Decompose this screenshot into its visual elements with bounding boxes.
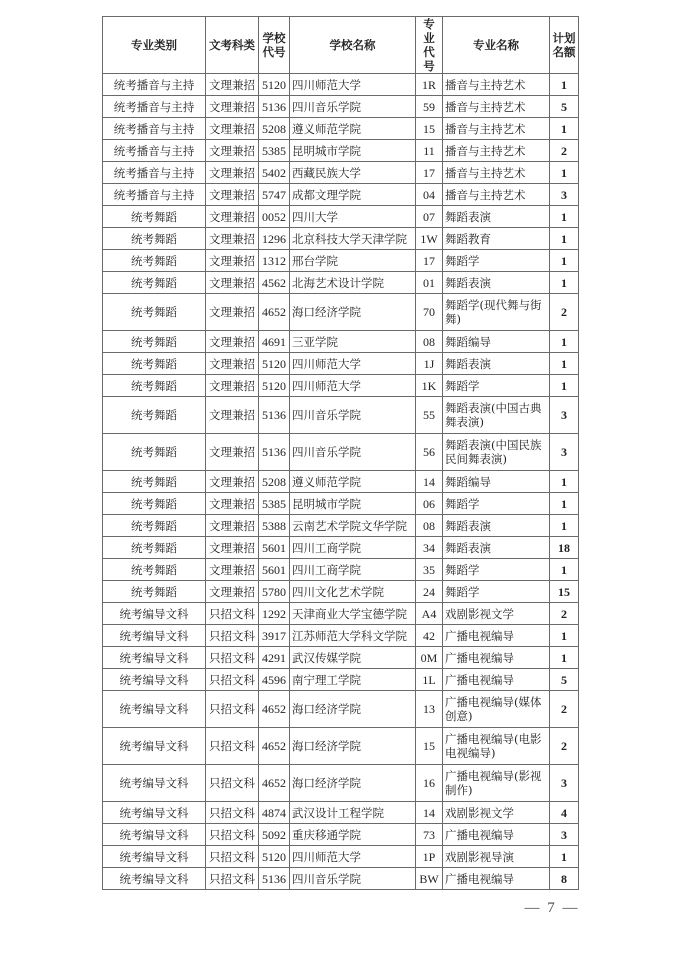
cell-exam-subject: 只招文科 bbox=[206, 728, 259, 765]
cell-school-code: 4652 bbox=[259, 691, 290, 728]
header-label-line: 文考科类 bbox=[208, 38, 256, 52]
cell-major-name: 舞蹈表演 bbox=[443, 515, 550, 537]
cell-plan-quota: 1 bbox=[550, 331, 579, 353]
cell-exam-subject: 文理兼招 bbox=[206, 140, 259, 162]
cell-major-category: 统考舞蹈 bbox=[103, 228, 206, 250]
cell-plan-quota: 1 bbox=[550, 353, 579, 375]
cell-major-category: 统考编导文科 bbox=[103, 846, 206, 868]
header-label-line: 学校名称 bbox=[292, 38, 413, 52]
page-number: — 7 — bbox=[524, 900, 580, 917]
cell-major-category: 统考舞蹈 bbox=[103, 581, 206, 603]
cell-major-name: 播音与主持艺术 bbox=[443, 162, 550, 184]
table-row: 统考舞蹈文理兼招5120四川师范大学1K舞蹈学1 bbox=[103, 375, 579, 397]
cell-school-code: 5780 bbox=[259, 581, 290, 603]
cell-major-name: 广播电视编导 bbox=[443, 625, 550, 647]
cell-school-name: 四川音乐学院 bbox=[290, 96, 416, 118]
cell-major-code: 24 bbox=[416, 581, 443, 603]
cell-major-category: 统考播音与主持 bbox=[103, 140, 206, 162]
cell-school-name: 遵义师范学院 bbox=[290, 471, 416, 493]
cell-major-name: 广播电视编导 bbox=[443, 868, 550, 890]
table-header-row: 专业类别文考科类学校代号学校名称专业代号专业名称计划名额 bbox=[103, 17, 579, 74]
header-label-line: 专业名称 bbox=[445, 38, 547, 52]
cell-major-code: 1J bbox=[416, 353, 443, 375]
cell-major-category: 统考播音与主持 bbox=[103, 74, 206, 96]
cell-exam-subject: 只招文科 bbox=[206, 691, 259, 728]
cell-major-name: 舞蹈学 bbox=[443, 493, 550, 515]
cell-major-code: 1W bbox=[416, 228, 443, 250]
cell-major-category: 统考舞蹈 bbox=[103, 375, 206, 397]
cell-school-code: 5120 bbox=[259, 846, 290, 868]
cell-school-name: 遵义师范学院 bbox=[290, 118, 416, 140]
cell-plan-quota: 2 bbox=[550, 140, 579, 162]
table-body: 统考播音与主持文理兼招5120四川师范大学1R播音与主持艺术1统考播音与主持文理… bbox=[103, 74, 579, 890]
cell-major-name: 舞蹈学(现代舞与街舞) bbox=[443, 294, 550, 331]
table-row: 统考播音与主持文理兼招5402西藏民族大学17播音与主持艺术1 bbox=[103, 162, 579, 184]
table-row: 统考编导文科只招文科4291武汉传媒学院0M广播电视编导1 bbox=[103, 647, 579, 669]
table-row: 统考舞蹈文理兼招4691三亚学院08舞蹈编导1 bbox=[103, 331, 579, 353]
cell-major-category: 统考编导文科 bbox=[103, 603, 206, 625]
cell-plan-quota: 3 bbox=[550, 765, 579, 802]
cell-school-name: 昆明城市学院 bbox=[290, 493, 416, 515]
cell-plan-quota: 1 bbox=[550, 206, 579, 228]
cell-exam-subject: 只招文科 bbox=[206, 669, 259, 691]
cell-major-name: 舞蹈表演 bbox=[443, 353, 550, 375]
cell-school-name: 四川文化艺术学院 bbox=[290, 581, 416, 603]
header-major-name: 专业名称 bbox=[443, 17, 550, 74]
cell-school-name: 南宁理工学院 bbox=[290, 669, 416, 691]
cell-plan-quota: 15 bbox=[550, 581, 579, 603]
header-plan-quota: 计划名额 bbox=[550, 17, 579, 74]
header-label-line: 代号 bbox=[261, 45, 287, 59]
table-row: 统考编导文科只招文科4652海口经济学院13广播电视编导(媒体创意)2 bbox=[103, 691, 579, 728]
table-row: 统考舞蹈文理兼招0052四川大学07舞蹈表演1 bbox=[103, 206, 579, 228]
table-row: 统考编导文科只招文科4652海口经济学院16广播电视编导(影视制作)3 bbox=[103, 765, 579, 802]
cell-exam-subject: 文理兼招 bbox=[206, 397, 259, 434]
header-label-line: 计划 bbox=[552, 31, 576, 45]
cell-school-name: 天津商业大学宝德学院 bbox=[290, 603, 416, 625]
cell-major-name: 广播电视编导(电影电视编导) bbox=[443, 728, 550, 765]
cell-major-name: 播音与主持艺术 bbox=[443, 96, 550, 118]
cell-major-category: 统考舞蹈 bbox=[103, 559, 206, 581]
cell-school-name: 成都文理学院 bbox=[290, 184, 416, 206]
cell-plan-quota: 1 bbox=[550, 471, 579, 493]
table-row: 统考编导文科只招文科5136四川音乐学院BW广播电视编导8 bbox=[103, 868, 579, 890]
cell-exam-subject: 只招文科 bbox=[206, 647, 259, 669]
cell-major-code: 17 bbox=[416, 250, 443, 272]
cell-plan-quota: 1 bbox=[550, 493, 579, 515]
cell-major-category: 统考舞蹈 bbox=[103, 537, 206, 559]
cell-plan-quota: 1 bbox=[550, 625, 579, 647]
cell-exam-subject: 只招文科 bbox=[206, 824, 259, 846]
cell-exam-subject: 只招文科 bbox=[206, 625, 259, 647]
cell-exam-subject: 文理兼招 bbox=[206, 515, 259, 537]
cell-major-code: 1R bbox=[416, 74, 443, 96]
table-row: 统考编导文科只招文科4652海口经济学院15广播电视编导(电影电视编导)2 bbox=[103, 728, 579, 765]
table-row: 统考舞蹈文理兼招4652海口经济学院70舞蹈学(现代舞与街舞)2 bbox=[103, 294, 579, 331]
cell-school-name: 四川工商学院 bbox=[290, 537, 416, 559]
table-row: 统考舞蹈文理兼招1312邢台学院17舞蹈学1 bbox=[103, 250, 579, 272]
cell-exam-subject: 文理兼招 bbox=[206, 471, 259, 493]
cell-major-name: 舞蹈学 bbox=[443, 581, 550, 603]
cell-major-category: 统考编导文科 bbox=[103, 802, 206, 824]
table-row: 统考舞蹈文理兼招5388云南艺术学院文华学院08舞蹈表演1 bbox=[103, 515, 579, 537]
cell-major-code: 1L bbox=[416, 669, 443, 691]
cell-major-name: 舞蹈表演 bbox=[443, 206, 550, 228]
cell-school-code: 5747 bbox=[259, 184, 290, 206]
table-row: 统考播音与主持文理兼招5747成都文理学院04播音与主持艺术3 bbox=[103, 184, 579, 206]
cell-major-name: 广播电视编导 bbox=[443, 824, 550, 846]
table-row: 统考舞蹈文理兼招5120四川师范大学1J舞蹈表演1 bbox=[103, 353, 579, 375]
cell-major-category: 统考编导文科 bbox=[103, 625, 206, 647]
cell-school-name: 武汉设计工程学院 bbox=[290, 802, 416, 824]
cell-plan-quota: 3 bbox=[550, 434, 579, 471]
cell-major-code: 08 bbox=[416, 515, 443, 537]
table-row: 统考舞蹈文理兼招5601四川工商学院34舞蹈表演18 bbox=[103, 537, 579, 559]
cell-major-name: 播音与主持艺术 bbox=[443, 140, 550, 162]
cell-plan-quota: 18 bbox=[550, 537, 579, 559]
cell-major-code: 1P bbox=[416, 846, 443, 868]
cell-school-code: 4291 bbox=[259, 647, 290, 669]
cell-major-category: 统考编导文科 bbox=[103, 669, 206, 691]
cell-major-code: 08 bbox=[416, 331, 443, 353]
cell-exam-subject: 文理兼招 bbox=[206, 331, 259, 353]
cell-major-code: 16 bbox=[416, 765, 443, 802]
cell-major-code: 73 bbox=[416, 824, 443, 846]
cell-major-name: 播音与主持艺术 bbox=[443, 184, 550, 206]
cell-school-code: 5120 bbox=[259, 375, 290, 397]
cell-plan-quota: 8 bbox=[550, 868, 579, 890]
cell-school-code: 5136 bbox=[259, 96, 290, 118]
cell-school-code: 1292 bbox=[259, 603, 290, 625]
cell-major-name: 戏剧影视文学 bbox=[443, 603, 550, 625]
table-row: 统考播音与主持文理兼招5208遵义师范学院15播音与主持艺术1 bbox=[103, 118, 579, 140]
cell-plan-quota: 1 bbox=[550, 846, 579, 868]
cell-major-category: 统考舞蹈 bbox=[103, 493, 206, 515]
cell-exam-subject: 文理兼招 bbox=[206, 74, 259, 96]
cell-school-name: 海口经济学院 bbox=[290, 728, 416, 765]
cell-plan-quota: 1 bbox=[550, 375, 579, 397]
cell-plan-quota: 1 bbox=[550, 162, 579, 184]
cell-major-category: 统考舞蹈 bbox=[103, 471, 206, 493]
cell-exam-subject: 文理兼招 bbox=[206, 250, 259, 272]
cell-major-code: 34 bbox=[416, 537, 443, 559]
cell-exam-subject: 只招文科 bbox=[206, 802, 259, 824]
cell-plan-quota: 1 bbox=[550, 515, 579, 537]
cell-school-code: 4596 bbox=[259, 669, 290, 691]
cell-plan-quota: 1 bbox=[550, 647, 579, 669]
header-label-line: 学校 bbox=[261, 31, 287, 45]
table-row: 统考舞蹈文理兼招5208遵义师范学院14舞蹈编导1 bbox=[103, 471, 579, 493]
cell-exam-subject: 文理兼招 bbox=[206, 184, 259, 206]
cell-major-code: 13 bbox=[416, 691, 443, 728]
cell-school-name: 北海艺术设计学院 bbox=[290, 272, 416, 294]
header-label-line: 专业类别 bbox=[105, 38, 203, 52]
cell-exam-subject: 文理兼招 bbox=[206, 206, 259, 228]
cell-major-code: 14 bbox=[416, 802, 443, 824]
cell-major-category: 统考播音与主持 bbox=[103, 96, 206, 118]
cell-major-code: 04 bbox=[416, 184, 443, 206]
header-major-category: 专业类别 bbox=[103, 17, 206, 74]
cell-school-code: 5136 bbox=[259, 434, 290, 471]
table-row: 统考播音与主持文理兼招5120四川师范大学1R播音与主持艺术1 bbox=[103, 74, 579, 96]
cell-major-category: 统考编导文科 bbox=[103, 728, 206, 765]
cell-major-category: 统考播音与主持 bbox=[103, 118, 206, 140]
cell-exam-subject: 文理兼招 bbox=[206, 228, 259, 250]
cell-school-name: 北京科技大学天津学院 bbox=[290, 228, 416, 250]
cell-major-code: 1K bbox=[416, 375, 443, 397]
cell-school-code: 5601 bbox=[259, 537, 290, 559]
table-row: 统考舞蹈文理兼招4562北海艺术设计学院01舞蹈表演1 bbox=[103, 272, 579, 294]
cell-plan-quota: 2 bbox=[550, 603, 579, 625]
table-row: 统考舞蹈文理兼招5136四川音乐学院55舞蹈表演(中国古典舞表演)3 bbox=[103, 397, 579, 434]
cell-school-code: 5208 bbox=[259, 471, 290, 493]
cell-major-code: A4 bbox=[416, 603, 443, 625]
cell-school-name: 四川工商学院 bbox=[290, 559, 416, 581]
cell-school-name: 四川音乐学院 bbox=[290, 397, 416, 434]
table-row: 统考编导文科只招文科3917江苏师范大学科文学院42广播电视编导1 bbox=[103, 625, 579, 647]
cell-major-code: 14 bbox=[416, 471, 443, 493]
cell-major-code: 11 bbox=[416, 140, 443, 162]
cell-major-code: 59 bbox=[416, 96, 443, 118]
cell-school-name: 昆明城市学院 bbox=[290, 140, 416, 162]
cell-plan-quota: 5 bbox=[550, 96, 579, 118]
cell-school-code: 3917 bbox=[259, 625, 290, 647]
cell-major-name: 舞蹈表演 bbox=[443, 272, 550, 294]
cell-plan-quota: 3 bbox=[550, 397, 579, 434]
table-row: 统考舞蹈文理兼招5385昆明城市学院06舞蹈学1 bbox=[103, 493, 579, 515]
cell-major-name: 舞蹈学 bbox=[443, 559, 550, 581]
cell-plan-quota: 1 bbox=[550, 228, 579, 250]
cell-major-code: 35 bbox=[416, 559, 443, 581]
header-exam-subject: 文考科类 bbox=[206, 17, 259, 74]
cell-school-name: 邢台学院 bbox=[290, 250, 416, 272]
table-row: 统考编导文科只招文科4596南宁理工学院1L广播电视编导5 bbox=[103, 669, 579, 691]
cell-major-code: 55 bbox=[416, 397, 443, 434]
cell-school-code: 5136 bbox=[259, 397, 290, 434]
cell-exam-subject: 只招文科 bbox=[206, 603, 259, 625]
cell-school-code: 5208 bbox=[259, 118, 290, 140]
cell-plan-quota: 4 bbox=[550, 802, 579, 824]
cell-major-code: 70 bbox=[416, 294, 443, 331]
cell-school-code: 4691 bbox=[259, 331, 290, 353]
cell-major-code: 56 bbox=[416, 434, 443, 471]
table-row: 统考播音与主持文理兼招5136四川音乐学院59播音与主持艺术5 bbox=[103, 96, 579, 118]
cell-major-name: 舞蹈编导 bbox=[443, 471, 550, 493]
table-row: 统考编导文科只招文科4874武汉设计工程学院14戏剧影视文学4 bbox=[103, 802, 579, 824]
cell-school-code: 5120 bbox=[259, 353, 290, 375]
cell-school-name: 四川大学 bbox=[290, 206, 416, 228]
cell-major-name: 广播电视编导 bbox=[443, 669, 550, 691]
table-row: 统考舞蹈文理兼招5136四川音乐学院56舞蹈表演(中国民族民间舞表演)3 bbox=[103, 434, 579, 471]
cell-school-name: 海口经济学院 bbox=[290, 765, 416, 802]
cell-school-name: 三亚学院 bbox=[290, 331, 416, 353]
cell-plan-quota: 2 bbox=[550, 728, 579, 765]
cell-school-code: 5092 bbox=[259, 824, 290, 846]
cell-exam-subject: 只招文科 bbox=[206, 765, 259, 802]
cell-exam-subject: 文理兼招 bbox=[206, 294, 259, 331]
cell-school-name: 四川师范大学 bbox=[290, 74, 416, 96]
cell-school-code: 4652 bbox=[259, 728, 290, 765]
cell-major-category: 统考编导文科 bbox=[103, 647, 206, 669]
cell-school-name: 重庆移通学院 bbox=[290, 824, 416, 846]
cell-major-name: 舞蹈表演(中国民族民间舞表演) bbox=[443, 434, 550, 471]
cell-major-name: 播音与主持艺术 bbox=[443, 118, 550, 140]
cell-major-category: 统考舞蹈 bbox=[103, 331, 206, 353]
cell-school-name: 江苏师范大学科文学院 bbox=[290, 625, 416, 647]
cell-major-code: 17 bbox=[416, 162, 443, 184]
cell-major-category: 统考舞蹈 bbox=[103, 434, 206, 471]
cell-major-name: 广播电视编导(影视制作) bbox=[443, 765, 550, 802]
header-major-code: 专业代号 bbox=[416, 17, 443, 74]
cell-major-code: 06 bbox=[416, 493, 443, 515]
cell-major-category: 统考舞蹈 bbox=[103, 250, 206, 272]
cell-school-code: 5601 bbox=[259, 559, 290, 581]
cell-school-code: 4652 bbox=[259, 294, 290, 331]
cell-exam-subject: 文理兼招 bbox=[206, 434, 259, 471]
cell-major-name: 舞蹈编导 bbox=[443, 331, 550, 353]
cell-major-name: 舞蹈表演(中国古典舞表演) bbox=[443, 397, 550, 434]
cell-school-code: 1312 bbox=[259, 250, 290, 272]
cell-major-name: 舞蹈教育 bbox=[443, 228, 550, 250]
cell-exam-subject: 文理兼招 bbox=[206, 162, 259, 184]
cell-major-category: 统考舞蹈 bbox=[103, 206, 206, 228]
cell-school-name: 四川音乐学院 bbox=[290, 434, 416, 471]
cell-major-category: 统考播音与主持 bbox=[103, 162, 206, 184]
cell-major-name: 舞蹈学 bbox=[443, 250, 550, 272]
cell-plan-quota: 3 bbox=[550, 824, 579, 846]
cell-exam-subject: 文理兼招 bbox=[206, 375, 259, 397]
cell-major-category: 统考舞蹈 bbox=[103, 294, 206, 331]
cell-major-name: 播音与主持艺术 bbox=[443, 74, 550, 96]
cell-major-name: 舞蹈学 bbox=[443, 375, 550, 397]
table-row: 统考舞蹈文理兼招1296北京科技大学天津学院1W舞蹈教育1 bbox=[103, 228, 579, 250]
cell-school-code: 5120 bbox=[259, 74, 290, 96]
cell-major-category: 统考舞蹈 bbox=[103, 353, 206, 375]
cell-school-code: 5136 bbox=[259, 868, 290, 890]
cell-school-code: 0052 bbox=[259, 206, 290, 228]
cell-plan-quota: 1 bbox=[550, 74, 579, 96]
cell-major-category: 统考编导文科 bbox=[103, 868, 206, 890]
cell-plan-quota: 2 bbox=[550, 691, 579, 728]
cell-school-code: 4562 bbox=[259, 272, 290, 294]
cell-school-name: 海口经济学院 bbox=[290, 294, 416, 331]
cell-school-code: 1296 bbox=[259, 228, 290, 250]
header-label-line: 名额 bbox=[552, 45, 576, 59]
cell-major-category: 统考舞蹈 bbox=[103, 515, 206, 537]
cell-school-name: 四川师范大学 bbox=[290, 846, 416, 868]
cell-exam-subject: 文理兼招 bbox=[206, 581, 259, 603]
cell-plan-quota: 1 bbox=[550, 559, 579, 581]
cell-plan-quota: 1 bbox=[550, 272, 579, 294]
cell-major-name: 广播电视编导(媒体创意) bbox=[443, 691, 550, 728]
cell-major-category: 统考编导文科 bbox=[103, 765, 206, 802]
cell-school-name: 四川师范大学 bbox=[290, 375, 416, 397]
cell-plan-quota: 1 bbox=[550, 118, 579, 140]
cell-exam-subject: 文理兼招 bbox=[206, 537, 259, 559]
cell-school-name: 武汉传媒学院 bbox=[290, 647, 416, 669]
header-school-code: 学校代号 bbox=[259, 17, 290, 74]
cell-major-code: 42 bbox=[416, 625, 443, 647]
cell-major-code: BW bbox=[416, 868, 443, 890]
cell-major-category: 统考舞蹈 bbox=[103, 272, 206, 294]
header-label-line: 专业 bbox=[418, 17, 440, 45]
table-row: 统考编导文科只招文科5092重庆移通学院73广播电视编导3 bbox=[103, 824, 579, 846]
cell-school-code: 5385 bbox=[259, 493, 290, 515]
cell-exam-subject: 文理兼招 bbox=[206, 353, 259, 375]
table-row: 统考舞蹈文理兼招5601四川工商学院35舞蹈学1 bbox=[103, 559, 579, 581]
cell-major-category: 统考舞蹈 bbox=[103, 397, 206, 434]
table-row: 统考编导文科只招文科5120四川师范大学1P戏剧影视导演1 bbox=[103, 846, 579, 868]
cell-major-name: 戏剧影视导演 bbox=[443, 846, 550, 868]
cell-plan-quota: 2 bbox=[550, 294, 579, 331]
cell-exam-subject: 文理兼招 bbox=[206, 272, 259, 294]
cell-major-name: 广播电视编导 bbox=[443, 647, 550, 669]
cell-exam-subject: 只招文科 bbox=[206, 846, 259, 868]
cell-plan-quota: 3 bbox=[550, 184, 579, 206]
header-school-name: 学校名称 bbox=[290, 17, 416, 74]
cell-exam-subject: 只招文科 bbox=[206, 868, 259, 890]
cell-major-code: 15 bbox=[416, 118, 443, 140]
cell-major-code: 15 bbox=[416, 728, 443, 765]
cell-school-name: 西藏民族大学 bbox=[290, 162, 416, 184]
cell-school-name: 四川音乐学院 bbox=[290, 868, 416, 890]
cell-school-name: 四川师范大学 bbox=[290, 353, 416, 375]
cell-school-code: 4652 bbox=[259, 765, 290, 802]
cell-exam-subject: 文理兼招 bbox=[206, 493, 259, 515]
cell-school-name: 云南艺术学院文华学院 bbox=[290, 515, 416, 537]
cell-school-code: 4874 bbox=[259, 802, 290, 824]
cell-plan-quota: 5 bbox=[550, 669, 579, 691]
cell-exam-subject: 文理兼招 bbox=[206, 118, 259, 140]
cell-exam-subject: 文理兼招 bbox=[206, 559, 259, 581]
cell-major-category: 统考播音与主持 bbox=[103, 184, 206, 206]
cell-school-code: 5388 bbox=[259, 515, 290, 537]
cell-major-name: 舞蹈表演 bbox=[443, 537, 550, 559]
cell-major-category: 统考编导文科 bbox=[103, 691, 206, 728]
table-row: 统考舞蹈文理兼招5780四川文化艺术学院24舞蹈学15 bbox=[103, 581, 579, 603]
cell-school-code: 5402 bbox=[259, 162, 290, 184]
cell-school-code: 5385 bbox=[259, 140, 290, 162]
cell-major-code: 0M bbox=[416, 647, 443, 669]
cell-major-code: 01 bbox=[416, 272, 443, 294]
document-page: 专业类别文考科类学校代号学校名称专业代号专业名称计划名额 统考播音与主持文理兼招… bbox=[0, 0, 680, 961]
admission-plan-table: 专业类别文考科类学校代号学校名称专业代号专业名称计划名额 统考播音与主持文理兼招… bbox=[102, 16, 579, 890]
cell-school-name: 海口经济学院 bbox=[290, 691, 416, 728]
table-row: 统考播音与主持文理兼招5385昆明城市学院11播音与主持艺术2 bbox=[103, 140, 579, 162]
header-label-line: 代号 bbox=[418, 45, 440, 73]
table-row: 统考编导文科只招文科1292天津商业大学宝德学院A4戏剧影视文学2 bbox=[103, 603, 579, 625]
cell-major-name: 戏剧影视文学 bbox=[443, 802, 550, 824]
cell-major-category: 统考编导文科 bbox=[103, 824, 206, 846]
cell-plan-quota: 1 bbox=[550, 250, 579, 272]
cell-major-code: 07 bbox=[416, 206, 443, 228]
cell-exam-subject: 文理兼招 bbox=[206, 96, 259, 118]
